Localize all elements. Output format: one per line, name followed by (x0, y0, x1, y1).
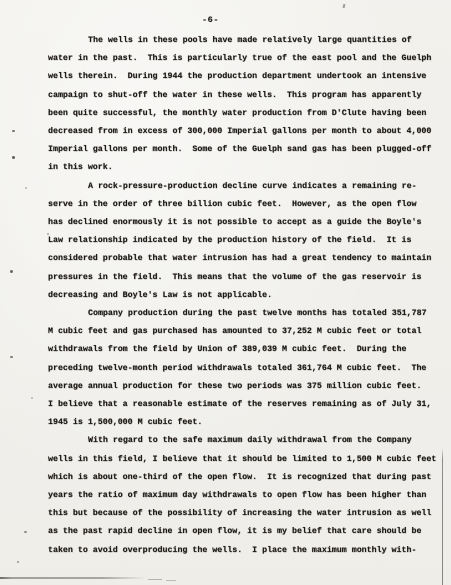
text-line: preceding twelve-month period withdrawal… (48, 360, 443, 378)
text-line: years the ratio of maximum day withdrawa… (48, 487, 443, 505)
scan-speck (10, 270, 13, 273)
text-line: campaign to shut-off the water in these … (48, 87, 443, 105)
text-line: in this work. (48, 159, 443, 177)
text-line: as the past rapid decline in open flow, … (48, 523, 443, 541)
scan-speck (25, 187, 27, 189)
page-edge-line (442, 448, 443, 585)
text-line: 1945 is 1,500,000 M cubic feet. (48, 414, 443, 432)
text-line: decreasing and Boyle's Law is not applic… (48, 287, 443, 305)
text-line: Company production during the past twelv… (48, 305, 443, 323)
text-line: serve in the order of three billion cubi… (48, 196, 443, 214)
scan-line-artifact (166, 580, 176, 581)
text-line: average annual production for these two … (48, 378, 443, 396)
scan-speck (10, 356, 13, 358)
scan-line-artifact (148, 579, 162, 580)
text-line: has declined enormously it is not possib… (48, 214, 443, 232)
text-line: A rock-pressure-production decline curve… (48, 178, 443, 196)
scan-mark (343, 4, 345, 8)
scanned-document: { "page": { "number_label": "-6-", "pape… (0, 0, 451, 585)
scan-speck (24, 531, 27, 533)
text-line: pressures in the field. This means that … (48, 269, 443, 287)
text-line: water in the past. This is particularly … (48, 50, 443, 68)
text-line: which is about one-third of the open flo… (48, 469, 443, 487)
text-line: I believe that a reasonable estimate of … (48, 396, 443, 414)
text-line: decreased from in excess of 300,000 Impe… (48, 123, 443, 141)
paragraph-reserve-decline: A rock-pressure-production decline curve… (48, 178, 443, 305)
text-line: Law relationship indicated by the produc… (48, 232, 443, 250)
text-line: taken to avoid overproducing the wells. … (48, 542, 443, 560)
scan-speck (17, 561, 19, 563)
scan-speck (31, 397, 33, 399)
paragraph-max-withdrawal: With regard to the safe maximum daily wi… (48, 432, 443, 559)
text-line: With regard to the safe maximum daily wi… (48, 432, 443, 450)
document-page: -6- The wells in these pools have made r… (0, 0, 451, 585)
scan-line-artifact (0, 577, 146, 579)
scan-speck (12, 156, 15, 159)
scan-speck (56, 201, 58, 203)
text-line: The wells in these pools have made relat… (48, 32, 443, 50)
text-line: Imperial gallons per month. Some of the … (48, 141, 443, 159)
scan-speck (12, 130, 15, 132)
scan-speck (47, 233, 49, 235)
text-line: been quite successful, the monthly water… (48, 105, 443, 123)
document-body: The wells in these pools have made relat… (48, 32, 443, 560)
text-line: wells therein. During 1944 the productio… (48, 68, 443, 86)
text-line: M cubic feet and gas purchased has amoun… (48, 323, 443, 341)
paragraph-wells-water: The wells in these pools have made relat… (48, 32, 443, 178)
paragraph-company-production: Company production during the past twelv… (48, 305, 443, 432)
text-line: withdrawals from the field by Union of 3… (48, 341, 443, 359)
page-number: -6- (202, 15, 219, 25)
text-line: wells in this field, I believe that it s… (48, 451, 443, 469)
text-line: considered probable that water intrusion… (48, 250, 443, 268)
text-line: this but because of the possibility of i… (48, 505, 443, 523)
